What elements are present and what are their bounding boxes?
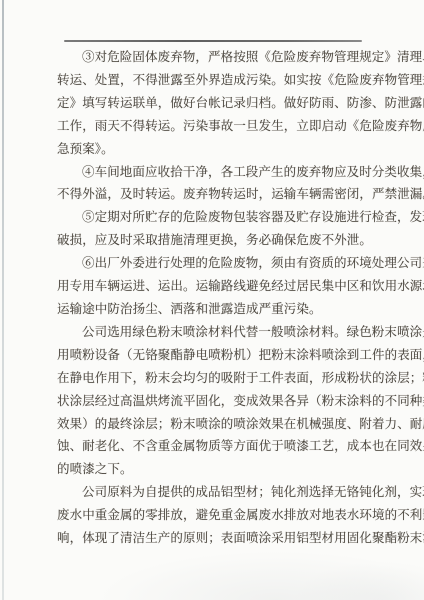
text-line: 工作，雨天不得转运。污染事故一旦发生，立即启动《危险废弃物应	[57, 115, 373, 138]
text-line: 用喷粉设备（无铬聚酯静电喷粉机）把粉末涂料喷涂到工件的表面，	[57, 344, 373, 367]
scan-left-edge	[2, 0, 4, 600]
text-line: 在静电作用下，粉末会均匀的吸附于工件表面，形成粉状的涂层；粉	[57, 367, 373, 390]
text-line: 废水中重金属的零排放，避免重金属废水排放对地表水环境的不利影	[57, 504, 373, 527]
text-line: ④车间地面应收拾干净，各工段产生的废弃物应及时分类收集，	[57, 161, 373, 184]
text-line: 运输途中防治扬尘、洒落和泄露造成严重污染。	[57, 298, 373, 321]
text-line: 响，体现了清洁生产的原则；表面喷涂采用铝型材用固化聚酯粉末涂	[57, 527, 373, 550]
text-line: 公司原料为自提供的成品铝型材；钝化剂选择无铬钝化剂，实现	[57, 481, 373, 504]
text-line: 蚀、耐老化、不含重金属物质等方面优于喷漆工艺，成本也在同效果	[57, 435, 373, 458]
text-line: 效果）的最终涂层；粉末喷涂的喷涂效果在机械强度、附着力、耐腐	[57, 413, 373, 436]
text-line: ⑥出厂外委进行处理的危险废物，须由有资质的环境处理公司采	[57, 252, 373, 275]
text-line: 定》填写转运联单，做好台帐记录归档。做好防雨、防渗、防泄露的	[57, 92, 373, 115]
text-line: 破损，应及时采取措施清理更换，务必确保危废不外泄。	[57, 229, 373, 252]
text-line: 转运、处置，不得泄露至外界造成污染。如实按《危险废弃物管理规	[57, 69, 373, 92]
top-horizontal-rule	[64, 40, 362, 42]
text-line: 公司选用绿色粉末喷涂材料代替一般喷涂材料。绿色粉末喷涂是	[57, 321, 373, 344]
text-line: ⑤定期对所贮存的危险废物包装容器及贮存设施进行检查，发现	[57, 206, 373, 229]
text-line: 状涂层经过高温烘烤流平固化，变成效果各异（粉末涂料的不同种类	[57, 390, 373, 413]
text-line: 的喷漆之下。	[57, 458, 373, 481]
text-block: ③对危险固体废弃物，严格按照《危险废弃物管理规定》清理、转运、处置，不得泄露至外…	[57, 46, 373, 550]
text-line: 用专用车辆运进、运出。运输路线避免经过居民集中区和饮用水源地，	[57, 275, 373, 298]
text-line: 不得外溢，及时转运。废弃物转运时，运输车辆需密闭，严禁泄漏。	[57, 183, 373, 206]
scanned-document-page: ③对危险固体废弃物，严格按照《危险废弃物管理规定》清理、转运、处置，不得泄露至外…	[0, 0, 424, 600]
text-line: ③对危险固体废弃物，严格按照《危险废弃物管理规定》清理、	[57, 46, 373, 69]
text-line: 急预案》。	[57, 138, 373, 161]
